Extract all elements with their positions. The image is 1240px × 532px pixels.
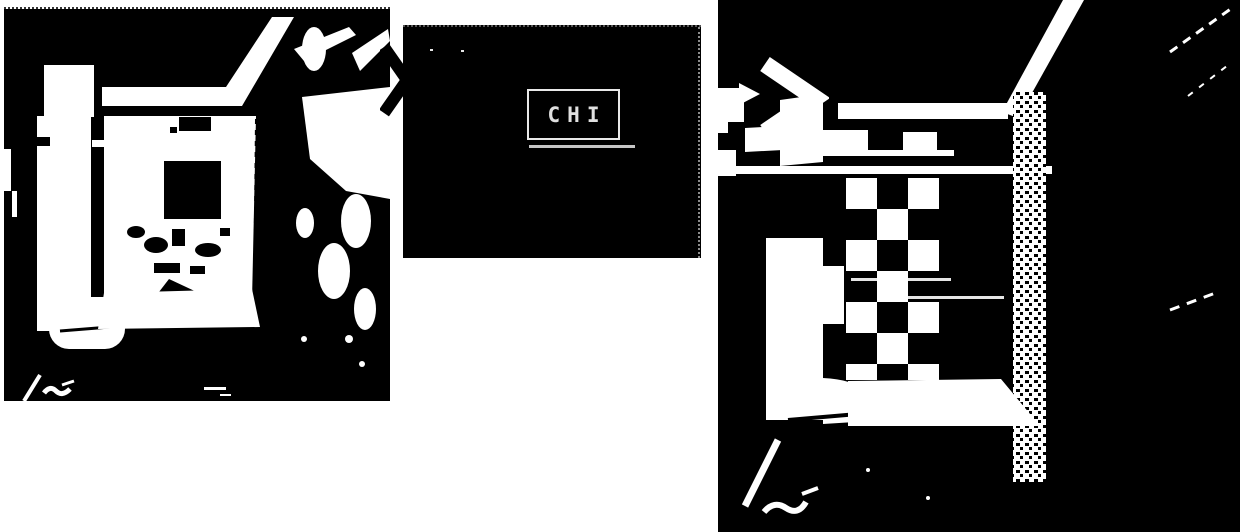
figure-canvas: CHI [0,0,1240,532]
input-image [4,9,390,401]
sign-text: CHI [541,103,607,127]
arrow-right-icon [733,52,829,156]
dotted-edge [698,27,700,258]
wall-and-window [104,116,257,309]
speck-dot [430,49,433,51]
input-image-panel [4,7,390,401]
sign-box-shadow [529,145,635,148]
speck-dot [461,50,464,52]
sign-box: CHI [527,89,620,140]
glass-rail [722,166,1052,174]
window [164,161,221,219]
floor-patch [98,289,260,329]
dark-image-panel: CHI [403,25,701,258]
